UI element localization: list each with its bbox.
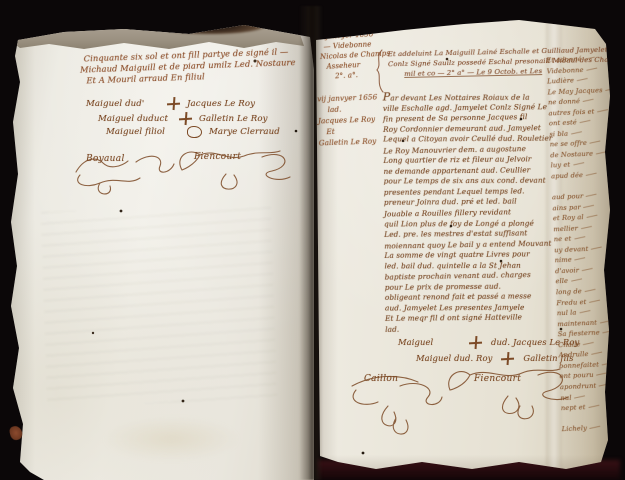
signatory-name: Maiguel duduct [98, 114, 172, 124]
left-signature-rows: Maiguel dud'Jacques Le RoyMaiguel duduct… [86, 96, 306, 139]
signature-mark-icon [469, 336, 482, 349]
signature-mark-icon [187, 126, 202, 138]
body-line: aud. Jamyelet Les presentes Jamyele [385, 302, 559, 313]
signature-name: Boyaual [86, 154, 125, 164]
signature-row: Maiguel filiolMarye Clerraud [106, 124, 306, 139]
left-page-heading: Cinquante six sol et ont fill partye de … [83, 47, 284, 87]
body-line: Par devant Les Nottaires Roiaux de la [383, 92, 557, 103]
left-page: Cinquante six sol et ont fill partye de … [4, 10, 314, 480]
body-line: quil Lion plus de foy de Longé a plongé [384, 218, 558, 229]
witness-name: Galletin Le Roy [199, 114, 268, 124]
body-line: pour Le temps de six ans aux cond. devan… [384, 176, 558, 187]
ink-bleed-through [41, 204, 278, 407]
witness-name: Jacques Le Roy [187, 99, 255, 109]
signature-row: Maigueldud. Jacques Le Roy [398, 334, 613, 350]
signature-name: Fiencourt [194, 152, 241, 162]
torn-parchment-edge [4, 12, 309, 52]
signature-name: Fiencourt [474, 374, 521, 384]
right-page: 7 janvyer 1656— VidebonneNicolas de Cham… [314, 12, 614, 478]
archival-manuscript-scan: Cinquante six sol et ont fill partye de … [0, 0, 625, 480]
signatory-name: Maiguel dud' [86, 99, 160, 109]
paper-stain [74, 408, 269, 470]
witness-name: dud. Jacques Le Roy [491, 337, 579, 347]
left-flourish-area: Boyaual Fiencourt [70, 142, 310, 204]
signature-mark-icon [179, 112, 192, 125]
witness-name: Marye Clerraud [209, 127, 280, 137]
signature-name: Caillon [364, 374, 398, 384]
signature-paraph-icon [170, 142, 302, 200]
signatory-name: Maiguel filiol [106, 127, 180, 137]
torn-edge-hole [154, 17, 266, 34]
binding-fragment [8, 425, 23, 442]
right-flourish-area: Caillon Fiencourt [342, 356, 612, 451]
margin-brace-icon [372, 48, 386, 94]
signature-paraph-icon [440, 360, 582, 434]
signature-row: Maiguel dud'Jacques Le Roy [86, 96, 306, 111]
signatory-name: Maiguel [398, 337, 460, 347]
signature-mark-icon [167, 97, 180, 110]
act-body-text: Par devant Les Nottaires Roiaux de lavil… [383, 91, 560, 335]
